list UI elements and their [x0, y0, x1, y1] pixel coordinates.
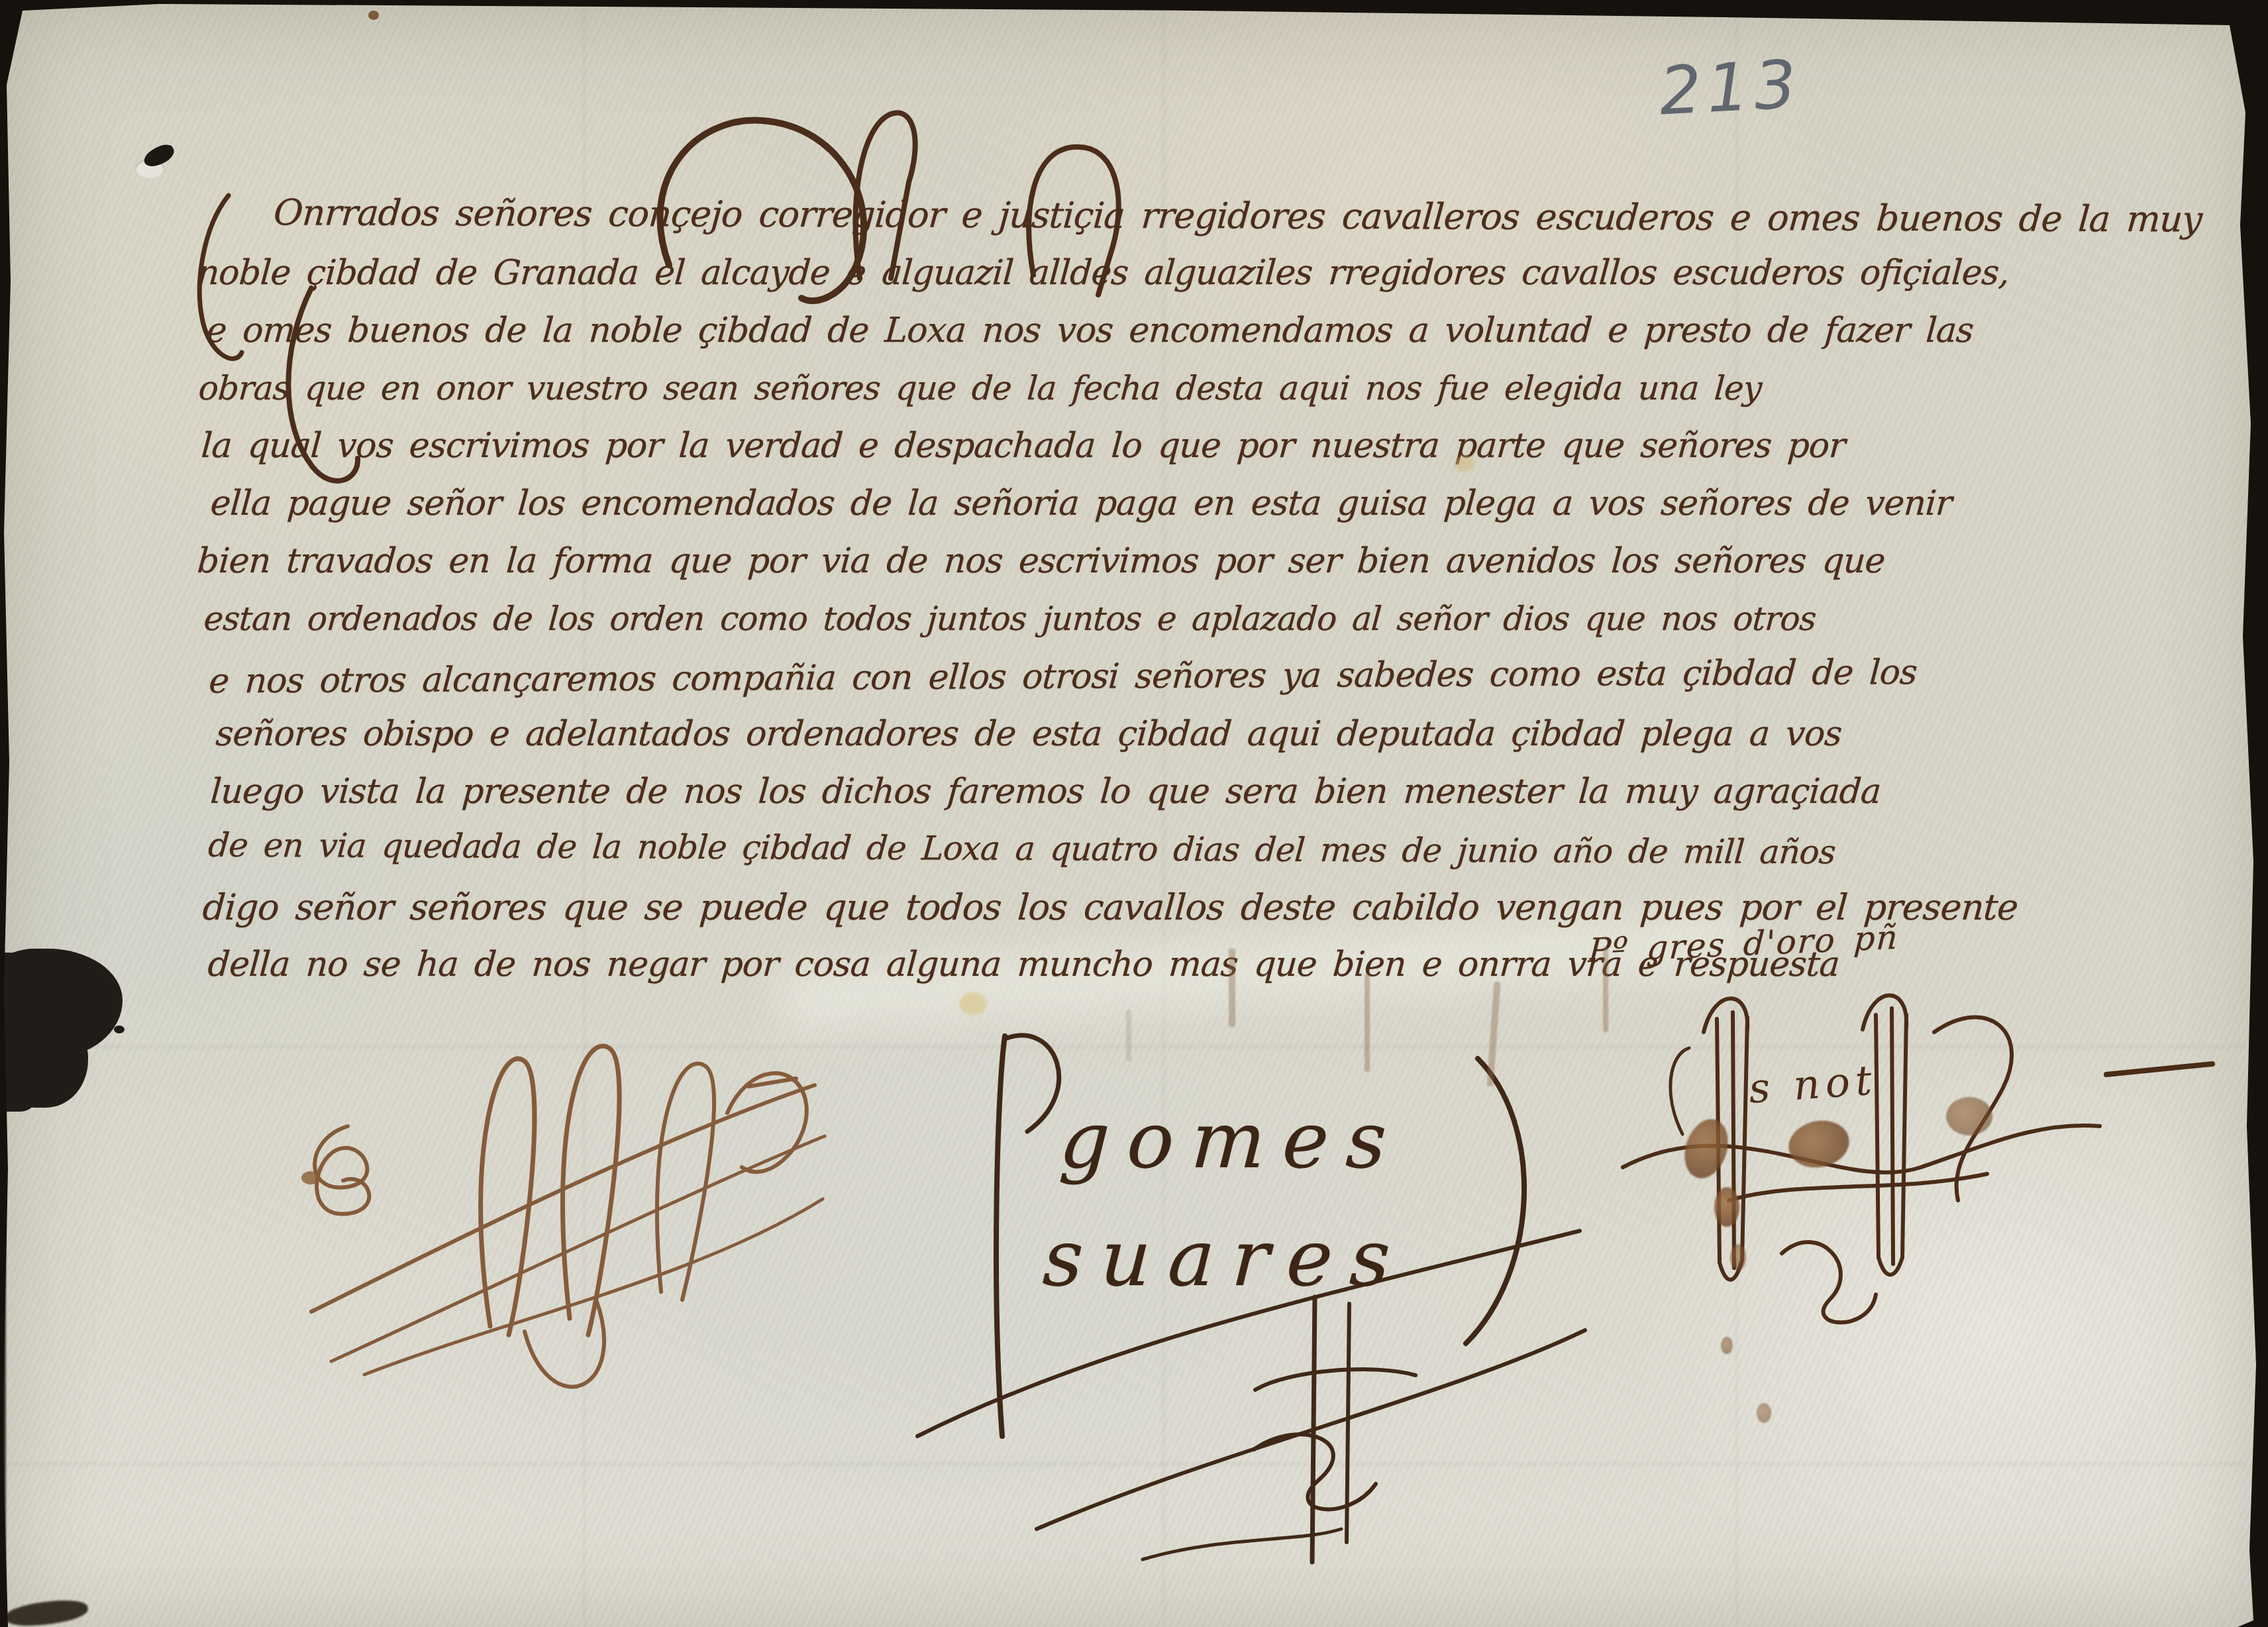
- signature-left-strokes: [311, 1046, 825, 1387]
- signature-left: [285, 1000, 841, 1391]
- damp-stain: [1730, 1244, 1746, 1271]
- manuscript-line: la qual vos escrivimos por la verdad e d…: [195, 417, 2127, 475]
- manuscript-line: ella pague señor los encomendados de la …: [195, 475, 2127, 533]
- manuscript-line: estan ordenados de los orden como todos …: [195, 590, 2127, 648]
- ink-blot-satellite: [114, 1025, 125, 1033]
- ghost-ink-mark: [1126, 1010, 1131, 1061]
- manuscript-line: bien travados en la forma que por via de…: [195, 533, 2127, 590]
- damp-stain: [1757, 1403, 1771, 1423]
- manuscript-line: luego vista la presente de nos los dicho…: [195, 763, 2127, 821]
- damp-stain: [1714, 1187, 1739, 1227]
- photo-frame: 213 Onrrados señores conçejo corregidor …: [0, 0, 2268, 1627]
- paper-fleck: [368, 11, 379, 20]
- damp-stain: [1946, 1097, 1992, 1135]
- wax-fleck: [959, 992, 987, 1015]
- manuscript-line: noble çibdad de Granada el alcayde e alg…: [195, 244, 2127, 302]
- ghost-ink-mark: [1365, 974, 1370, 1072]
- manuscript-page: 213 Onrrados señores conçejo corregidor …: [0, 0, 2268, 1627]
- ghost-ink-mark: [1229, 949, 1235, 1027]
- folio-number: 213: [1657, 45, 1804, 130]
- manuscript-line: señores obispo e adelantados ordenadores…: [195, 706, 2127, 763]
- signature-name-line2: suares: [1041, 1212, 1410, 1304]
- manuscript-line: de en via quedada de la noble çibdad de …: [195, 817, 2127, 883]
- manuscript-line: obras que en onor vuestro sean señores q…: [195, 360, 2127, 417]
- wax-fleck: [1455, 456, 1474, 472]
- manuscript-line: e nos otros alcançaremos compañia con el…: [195, 643, 2128, 710]
- ghost-ink-mark: [1603, 947, 1608, 1032]
- manuscript-line: Onrrados señores conçejo corregidor e ju…: [195, 184, 2127, 248]
- left-edge-shadow: [0, 1100, 7, 1627]
- signature-name-line1: gomes: [1057, 1094, 1406, 1186]
- manuscript-line: e omes buenos de la noble çibdad de Loxa…: [195, 302, 2127, 360]
- damp-stain: [1721, 1337, 1733, 1354]
- paper-fleck: [301, 1171, 320, 1184]
- manuscript-text: Onrrados señores conçejo corregidor e ju…: [197, 187, 2125, 994]
- rubric-monogram: s not: [1747, 1055, 1879, 1112]
- signature-right: [1643, 969, 2239, 1366]
